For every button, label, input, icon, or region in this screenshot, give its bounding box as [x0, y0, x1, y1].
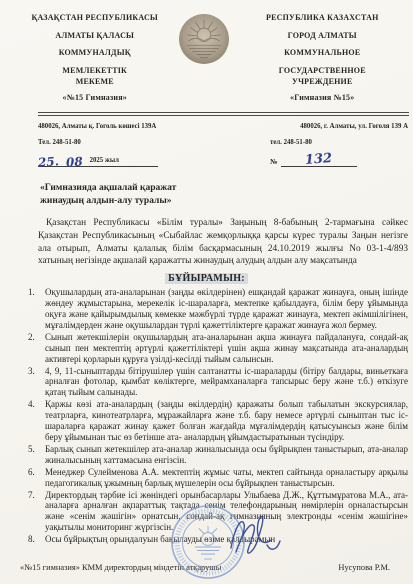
item-number: 5. [28, 444, 35, 455]
coat-of-arms-icon [178, 13, 240, 70]
requisites-kk: 480026, Алматы қ. Гоголь көшесі 139А Тел… [38, 123, 216, 167]
order-title-line2: жинаудың алдын-алу туралы» [40, 195, 408, 208]
letterhead-kazakh-column: ҚАЗАҚСТАН РЕСПУБЛИКАСЫ АЛМАТЫ ҚАЛАСЫ КОМ… [12, 13, 178, 103]
item-text: Директордың тәрбие ісі жөніндегі орынбас… [45, 490, 408, 533]
item-text: Қаржы көзі ата-аналардың (заңды өкілдерд… [45, 399, 408, 442]
handwritten-day: 25. [38, 157, 59, 166]
letterhead: ҚАЗАҚСТАН РЕСПУБЛИКАСЫ АЛМАТЫ ҚАЛАСЫ КОМ… [0, 0, 413, 103]
order-item-6: 6.Менеджер Сулейменова А.А. мектептің жұ… [28, 467, 408, 489]
item-number: 2. [28, 332, 35, 343]
order-item-7: 7.Директордың тәрбие ісі жөніндегі орынб… [28, 490, 408, 534]
number-underline: 132 [281, 156, 357, 167]
org-type-kk-2: МЕМЛЕКЕТТІК [12, 66, 178, 76]
item-number: 3. [28, 366, 35, 377]
item-text: Оқушылардың ата-аналарынан (заңды өкілде… [45, 287, 408, 330]
org-type-kk-3: МЕКЕМЕ [12, 77, 178, 87]
order-heading-text: БҰЙЫРАМЫН: [165, 273, 248, 284]
item-number: 6. [28, 467, 35, 478]
handwritten-order-number: 132 [305, 155, 333, 165]
org-type-ru-3: УЧРЕЖДЕНИЕ [240, 77, 406, 87]
signature-block: «№15 гимназия» КММ директордың міндетін … [20, 563, 408, 572]
item-number: 8. [28, 534, 35, 545]
order-item-2: 2.Сынып жетекшілерін оқушылардың ата-ана… [28, 332, 408, 365]
signer-name: Нусупова Р.М. [338, 563, 408, 572]
phone-ru: тел. 248-51-80 [256, 139, 408, 147]
item-text: Осы бұйрықтың орындалуын бақылауды өзіме… [45, 534, 275, 544]
requisites-ru: 480026, г. Алматы, ул. Гоголя 139 А тел.… [256, 123, 408, 167]
order-item-3: 3.4, 9, 11-сыныптарды бітірушілер үшін с… [28, 366, 408, 399]
country-name-kk: ҚАЗАҚСТАН РЕСПУБЛИКАСЫ [12, 13, 178, 23]
org-type-ru-1: КОММУНАЛЬНОЕ [240, 48, 406, 58]
item-text: Менеджер Сулейменова А.А. мектептің жұмы… [45, 467, 408, 488]
letterhead-russian-column: РЕСПУБЛИКА КАЗАХСТАН ГОРОД АЛМАТЫ КОММУН… [240, 13, 406, 103]
address-kk: 480026, Алматы қ. Гоголь көшесі 139А [38, 123, 216, 131]
org-name-ru: «Гимназия №15» [240, 93, 406, 103]
item-text: Барлық сынып жетекшілер ата-аналар жинал… [45, 444, 408, 465]
item-text: 4, 9, 11-сыныптарды бітірушілер үшін сал… [45, 366, 408, 398]
city-name-ru: ГОРОД АЛМАТЫ [240, 31, 406, 41]
order-item-8: 8.Осы бұйрықтың орындалуын бақылауды өзі… [28, 534, 408, 545]
item-number: 7. [28, 490, 35, 501]
order-item-5: 5.Барлық сынып жетекшілер ата-аналар жин… [28, 444, 408, 466]
requisites: 480026, Алматы қ. Гоголь көшесі 139А Тел… [0, 116, 413, 167]
country-name-ru: РЕСПУБЛИКА КАЗАХСТАН [240, 13, 406, 23]
order-item-1: 1.Оқушылардың ата-аналарынан (заңды өкіл… [28, 287, 408, 331]
signer-role: «№15 гимназия» КММ директордың міндетін … [20, 563, 272, 572]
order-number-field: № 132 [256, 151, 408, 167]
order-item-4: 4.Қаржы көзі ата-аналардың (заңды өкілде… [28, 399, 408, 443]
order-title-line1: «Гимназияда ақшалай қаражат [40, 182, 408, 195]
phone-kk: Тел. 248-51-80 [38, 139, 216, 147]
org-type-kk-1: КОММУНАЛДЫҚ [12, 48, 178, 58]
preamble-paragraph: Қазақстан Республикасы «Білім туралы» За… [38, 217, 408, 268]
order-title: «Гимназияда ақшалай қаражат жинаудың алд… [40, 182, 408, 208]
printed-year: 2025 жыл [90, 157, 119, 166]
order-heading: БҰЙЫРАМЫН: [0, 273, 413, 284]
org-type-ru-2: ГОСУДАРСТВЕННОЕ [240, 66, 406, 76]
city-name-kk: АЛМАТЫ ҚАЛАСЫ [12, 31, 178, 41]
date-field: 25. 08 2025 жыл [38, 150, 158, 167]
item-number: 4. [28, 399, 35, 410]
item-number: 1. [28, 287, 35, 298]
handwritten-month: 08 [66, 157, 83, 166]
address-ru: 480026, г. Алматы, ул. Гоголя 139 А [256, 123, 408, 131]
order-items-list: 1.Оқушылардың ата-аналарынан (заңды өкіл… [28, 287, 408, 545]
item-text: Сынып жетекшілерін оқушылардың ата-анала… [45, 332, 408, 364]
org-name-kk: «№15 Гимназия» [12, 93, 178, 103]
number-label: № [270, 158, 278, 167]
scanned-order-document: ҚАЗАҚСТАН РЕСПУБЛИКАСЫ АЛМАТЫ ҚАЛАСЫ КОМ… [0, 0, 413, 584]
